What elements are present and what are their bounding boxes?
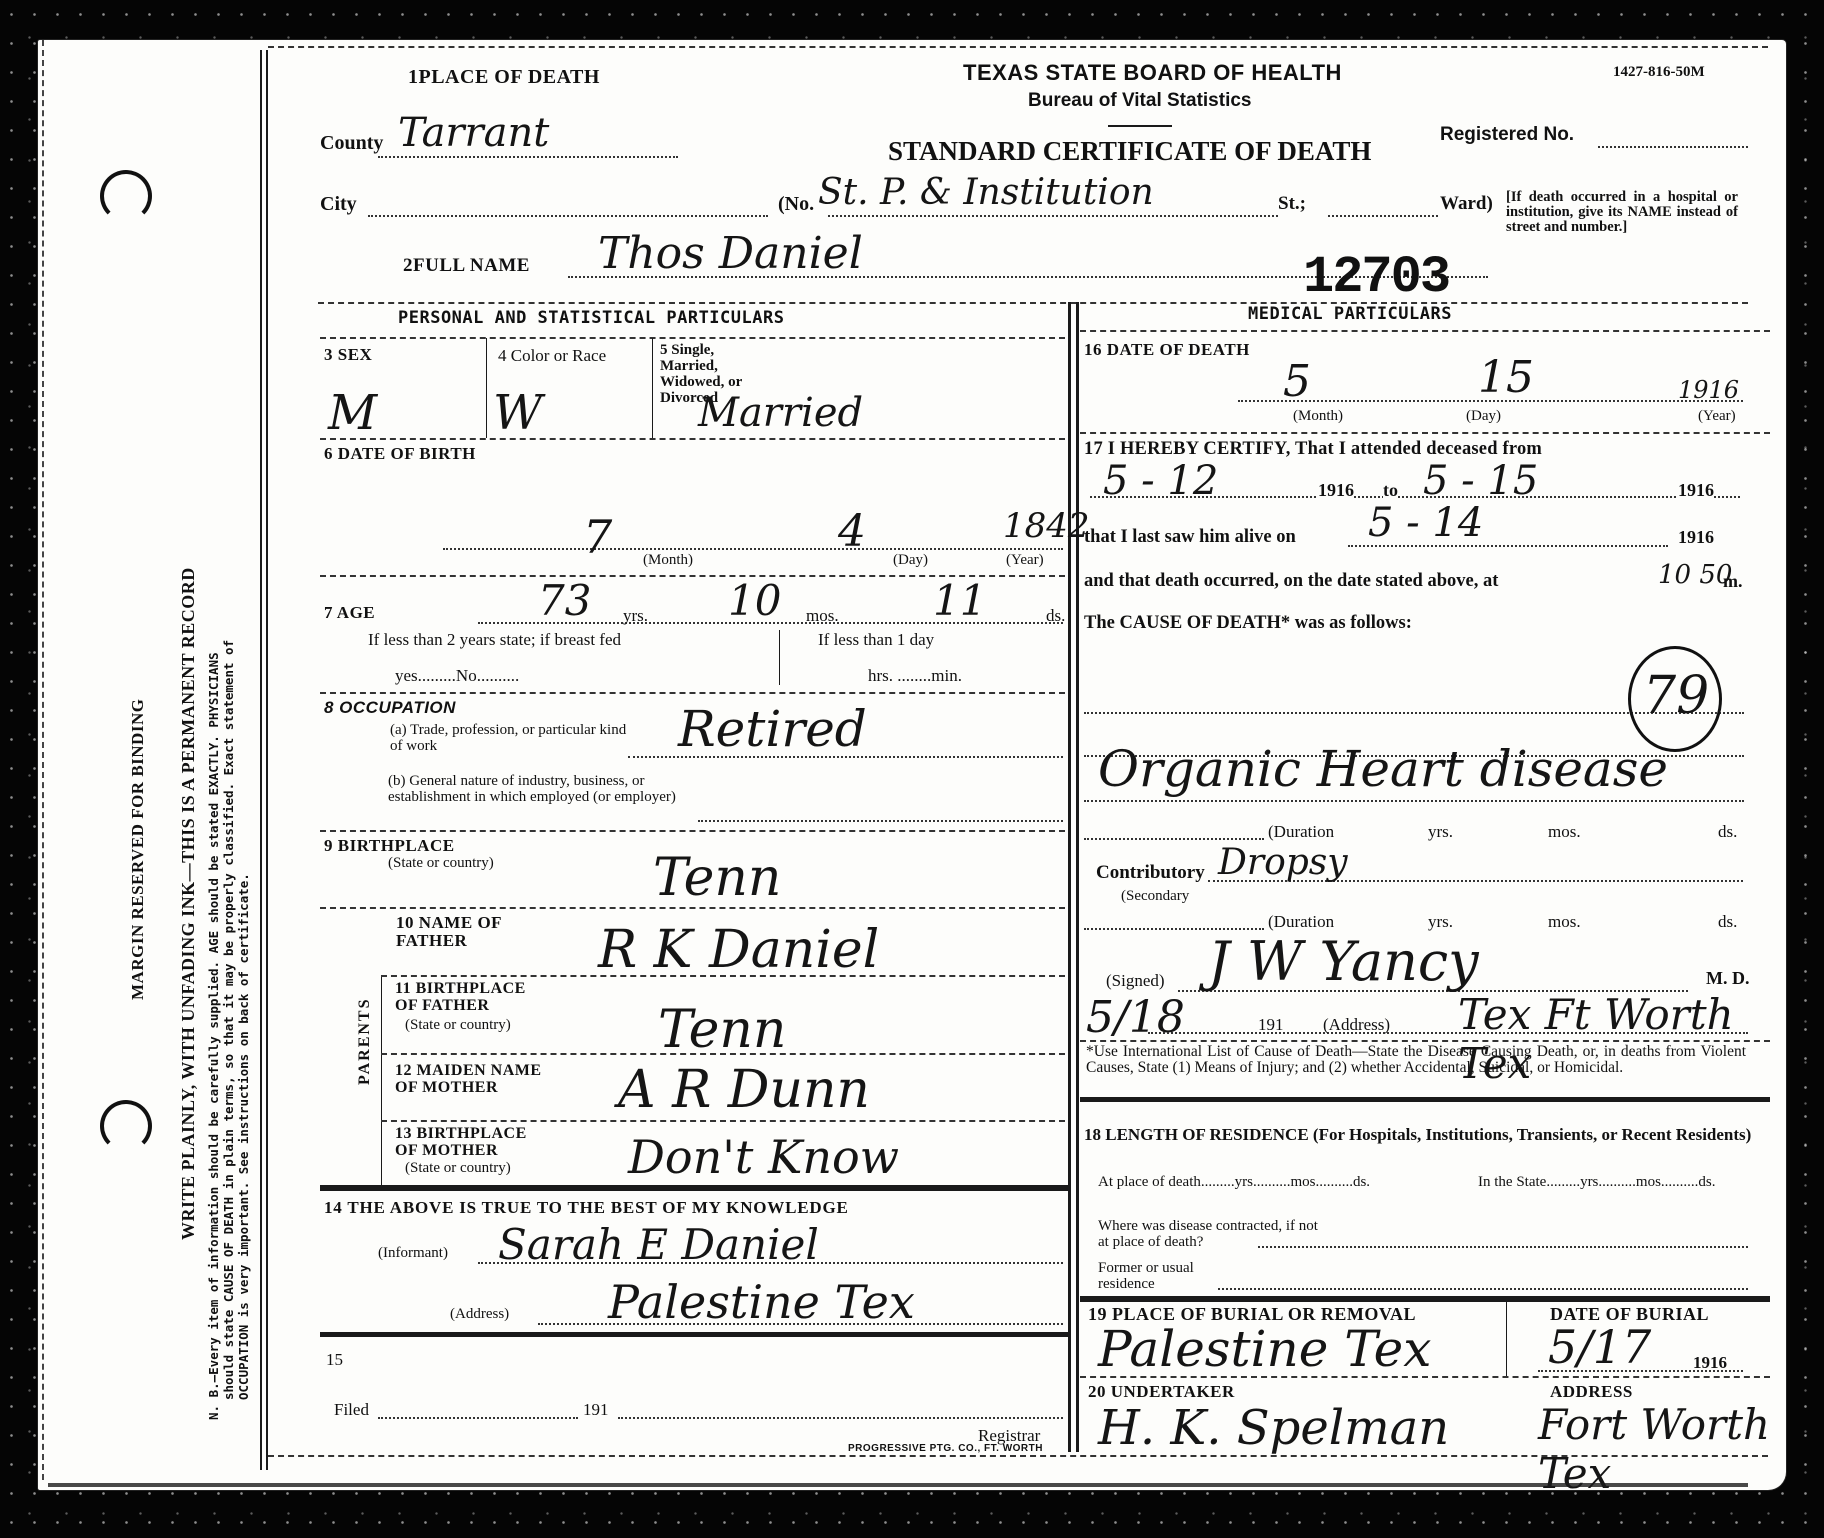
attended-to[interactable]: 5 - 15 [1423, 458, 1538, 504]
ward-label: Ward) [1440, 193, 1493, 215]
place-of-death-heading: 1PLACE OF DEATH [408, 66, 600, 89]
employer-field[interactable] [698, 820, 1063, 822]
issuer-title: TEXAS STATE BOARD OF HEALTH [963, 60, 1342, 86]
county-value[interactable]: Tarrant [398, 110, 549, 156]
cause-footnote: *Use International List of Cause of Deat… [1086, 1044, 1746, 1076]
filed-label: Filed [334, 1400, 369, 1419]
bottom-border [48, 1483, 1748, 1487]
full-name-label: 2FULL NAME [403, 255, 530, 277]
medical-heading: MEDICAL PARTICULARS [1248, 304, 1452, 324]
attended-from[interactable]: 5 - 12 [1103, 458, 1218, 504]
punch-hole-icon [100, 1100, 152, 1152]
years-unit: yrs. [623, 606, 648, 625]
duration-ds: ds. [1718, 912, 1737, 931]
at-place-label: At place of death.........yrs..........m… [1098, 1174, 1388, 1190]
divider [318, 302, 1748, 304]
death-time-label: and that death occurred, on the date sta… [1084, 571, 1498, 592]
dod-label: 16 DATE OF DEATH [1084, 340, 1250, 360]
death-time-suffix: m. [1723, 571, 1743, 592]
age-months[interactable]: 10 [728, 576, 781, 625]
county-line [378, 156, 678, 158]
duration-label: (Duration [1268, 912, 1334, 931]
dob-label: 6 DATE OF BIRTH [324, 444, 476, 464]
cause-code[interactable]: 79 [1643, 666, 1709, 726]
divider [1080, 330, 1770, 332]
age-days[interactable]: 11 [933, 576, 986, 625]
undertaker-value[interactable]: H. K. Spelman [1098, 1400, 1449, 1456]
divider [381, 1053, 1065, 1055]
dob-year[interactable]: 1842 [1003, 506, 1090, 546]
dob-month[interactable]: 7 [583, 510, 612, 564]
signed-address-label: (Address) [1323, 1015, 1390, 1034]
divider [381, 975, 1065, 977]
divider [486, 338, 487, 438]
divider [320, 907, 1065, 909]
column-divider [1076, 302, 1079, 1452]
city-field[interactable] [368, 215, 768, 217]
signed-label: (Signed) [1106, 971, 1165, 990]
nb-line-2: should state CAUSE OF DEATH in plain ter… [221, 640, 237, 1400]
binding-line [266, 50, 268, 1470]
mother-birthplace-sub: (State or country) [405, 1160, 511, 1176]
residence-label: 18 LENGTH OF RESIDENCE (For Hospitals, I… [1084, 1125, 1754, 1144]
burial-year: 1916 [1693, 1353, 1727, 1373]
father-name-label: 10 NAME OF FATHER [396, 914, 536, 950]
dod-month[interactable]: 5 [1283, 356, 1311, 407]
duration-line [1084, 838, 1264, 840]
divider [320, 830, 1065, 832]
divider [320, 1332, 1068, 1337]
hours-minutes[interactable]: hrs. ........min. [868, 666, 962, 685]
ward-field[interactable] [1328, 215, 1438, 217]
divider [779, 630, 780, 685]
death-time-value[interactable]: 10 50 [1658, 560, 1732, 590]
registered-no-field[interactable] [1598, 146, 1748, 148]
dod-day[interactable]: 15 [1478, 352, 1534, 403]
divider [320, 1185, 1068, 1191]
binding-note: MARGIN RESERVED FOR BINDING [128, 699, 148, 1000]
occupation-label: 8 OCCUPATION [324, 698, 456, 718]
md-label: M. D. [1706, 968, 1750, 989]
birthplace-label: 9 BIRTHPLACE [324, 836, 455, 856]
mother-birthplace-value[interactable]: Don't Know [628, 1130, 899, 1184]
informant-label: (Informant) [378, 1245, 448, 1261]
divider [1108, 125, 1172, 127]
former-residence-field[interactable] [1218, 1288, 1748, 1290]
full-name-value[interactable]: Thos Daniel [598, 228, 863, 279]
hospital-note: [If death occurred in a hospital or inst… [1506, 190, 1738, 235]
registered-no-label: Registered No. [1440, 124, 1574, 146]
cause-label: The CAUSE OF DEATH* was as follows: [1084, 613, 1412, 634]
father-birthplace-sub: (State or country) [405, 1017, 511, 1033]
street-no-label: (No. [778, 193, 814, 216]
in-state-label: In the State.........yrs..........mos...… [1478, 1174, 1758, 1190]
filed-date-field[interactable] [378, 1417, 578, 1419]
knowledge-label: 14 THE ABOVE IS TRUE TO THE BEST OF MY K… [324, 1198, 849, 1218]
marital-value[interactable]: Married [698, 390, 863, 436]
divider [1080, 1376, 1770, 1378]
undertaker-address-label: ADDRESS [1550, 1382, 1633, 1402]
printer-imprint: PROGRESSIVE PTG. CO., FT. WORTH [848, 1443, 1043, 1454]
informant-value[interactable]: Sarah E Daniel [498, 1220, 819, 1269]
sex-label: 3 SEX [324, 345, 372, 365]
item-15-label: 15 [326, 1350, 343, 1369]
filed-year-label: 191 [583, 1400, 609, 1419]
stamp-number: 12703 [1303, 248, 1449, 307]
contributory-value[interactable]: Dropsy [1218, 842, 1348, 883]
occupation-value[interactable]: Retired [678, 700, 867, 758]
street-line [828, 215, 1278, 217]
form-number: 1427-816-50M [1613, 64, 1705, 81]
parents-label: PARENTS [356, 998, 374, 1086]
cause-line [1084, 800, 1744, 802]
contributory-sub: (Secondary [1121, 888, 1189, 904]
divider [381, 1120, 1065, 1122]
mother-name-label: 12 MAIDEN NAME OF MOTHER [395, 1062, 565, 1096]
occupation-b-label: (b) General nature of industry, business… [388, 773, 718, 805]
divider [320, 438, 1065, 440]
months-unit: mos. [806, 606, 839, 625]
certify-label: 17 I HEREBY CERTIFY, That I attended dec… [1084, 439, 1542, 460]
informant-address-value[interactable]: Palestine Tex [608, 1275, 915, 1329]
st-label: St.; [1278, 193, 1306, 215]
bureau-title: Bureau of Vital Statistics [1028, 90, 1252, 112]
month-caption: (Month) [643, 552, 693, 568]
top-border [268, 46, 1768, 48]
personal-heading: PERSONAL AND STATISTICAL PARTICULARS [398, 308, 784, 328]
signed-date[interactable]: 5/18 [1086, 992, 1185, 1043]
day-caption: (Day) [1466, 408, 1501, 424]
death-certificate: MARGIN RESERVED FOR BINDING WRITE PLAINL… [38, 40, 1786, 1490]
divider [1080, 432, 1770, 434]
occupation-a-label: (a) Trade, profession, or particular kin… [390, 722, 640, 754]
divider [652, 338, 653, 438]
signed-year: 191 [1258, 1015, 1284, 1034]
dob-line [443, 548, 1063, 550]
punch-hole-icon [100, 170, 152, 222]
contributory-label: Contributory [1096, 862, 1205, 884]
column-divider [1068, 302, 1071, 1452]
city-label: City [320, 193, 357, 216]
burial-date-value[interactable]: 5/17 [1548, 1320, 1651, 1374]
nb-line-3: OCCUPATION is very important. See instru… [236, 873, 252, 1400]
age-years[interactable]: 73 [538, 576, 591, 625]
sex-value[interactable]: M [328, 385, 377, 441]
from-year: 1916 [1318, 480, 1354, 501]
county-label: County [320, 132, 383, 155]
margin-edge [42, 40, 44, 1480]
dob-day[interactable]: 4 [838, 506, 866, 557]
street-no-value[interactable]: St. P. & Institution [818, 172, 1154, 213]
permanent-record-note: WRITE PLAINLY, WITH UNFADING INK—THIS IS… [178, 567, 199, 1240]
burial-place-value[interactable]: Palestine Tex [1098, 1320, 1431, 1378]
last-saw-value[interactable]: 5 - 14 [1368, 500, 1483, 546]
physician-signature[interactable]: J W Yancy [1208, 930, 1479, 993]
last-saw-label: that I last saw him alive on [1084, 527, 1296, 548]
race-value[interactable]: W [493, 385, 542, 441]
duration-mos: mos. [1548, 912, 1581, 931]
race-label: 4 Color or Race [498, 346, 606, 365]
duration-yrs: yrs. [1428, 912, 1453, 931]
to-year: 1916 [1678, 480, 1714, 501]
divider [1080, 1296, 1770, 1302]
less-day-note: If less than 1 day [818, 630, 934, 649]
days-unit: ds. [1046, 606, 1065, 625]
breastfed-yes-no[interactable]: yes.........No.......... [395, 666, 519, 685]
mother-name-value[interactable]: A R Dunn [618, 1060, 870, 1120]
divider [1080, 1097, 1770, 1102]
divider [320, 337, 1065, 339]
divider [320, 692, 1065, 694]
year-caption: (Year) [1006, 552, 1044, 568]
binding-line [260, 50, 262, 1470]
birthplace-value[interactable]: Tenn [653, 848, 781, 908]
year-caption: (Year) [1698, 408, 1736, 424]
divider [1506, 1302, 1507, 1377]
divider [1080, 1040, 1770, 1042]
divider [381, 975, 382, 1185]
registrar-field[interactable] [618, 1417, 1063, 1419]
duration-yrs: yrs. [1428, 822, 1453, 841]
birthplace-sub: (State or country) [388, 855, 494, 871]
nb-line-1: N. B.—Every item of information should b… [206, 652, 222, 1420]
contracted-field[interactable] [1258, 1246, 1748, 1248]
breastfed-note: If less than 2 years state; if breast fe… [368, 630, 621, 649]
duration-label: (Duration [1268, 822, 1334, 841]
to-label: to [1383, 480, 1398, 501]
month-caption: (Month) [1293, 408, 1343, 424]
age-label: 7 AGE [324, 603, 375, 623]
duration-mos: mos. [1548, 822, 1581, 841]
undertaker-label: 20 UNDERTAKER [1088, 1382, 1235, 1402]
address-label: (Address) [450, 1306, 509, 1322]
father-name-value[interactable]: R K Daniel [598, 920, 879, 980]
certificate-title: STANDARD CERTIFICATE OF DEATH [888, 136, 1371, 167]
father-birthplace-label: 11 BIRTHPLACE OF FATHER [395, 980, 535, 1014]
day-caption: (Day) [893, 552, 928, 568]
mother-birthplace-label: 13 BIRTHPLACE OF MOTHER [395, 1125, 535, 1159]
last-saw-year: 1916 [1678, 527, 1714, 548]
duration-ds: ds. [1718, 822, 1737, 841]
divider [268, 1455, 1768, 1457]
cause-value[interactable]: Organic Heart disease [1098, 740, 1668, 798]
father-birthplace-value[interactable]: Tenn [658, 1000, 786, 1060]
dod-year[interactable]: 1916 [1678, 376, 1739, 404]
